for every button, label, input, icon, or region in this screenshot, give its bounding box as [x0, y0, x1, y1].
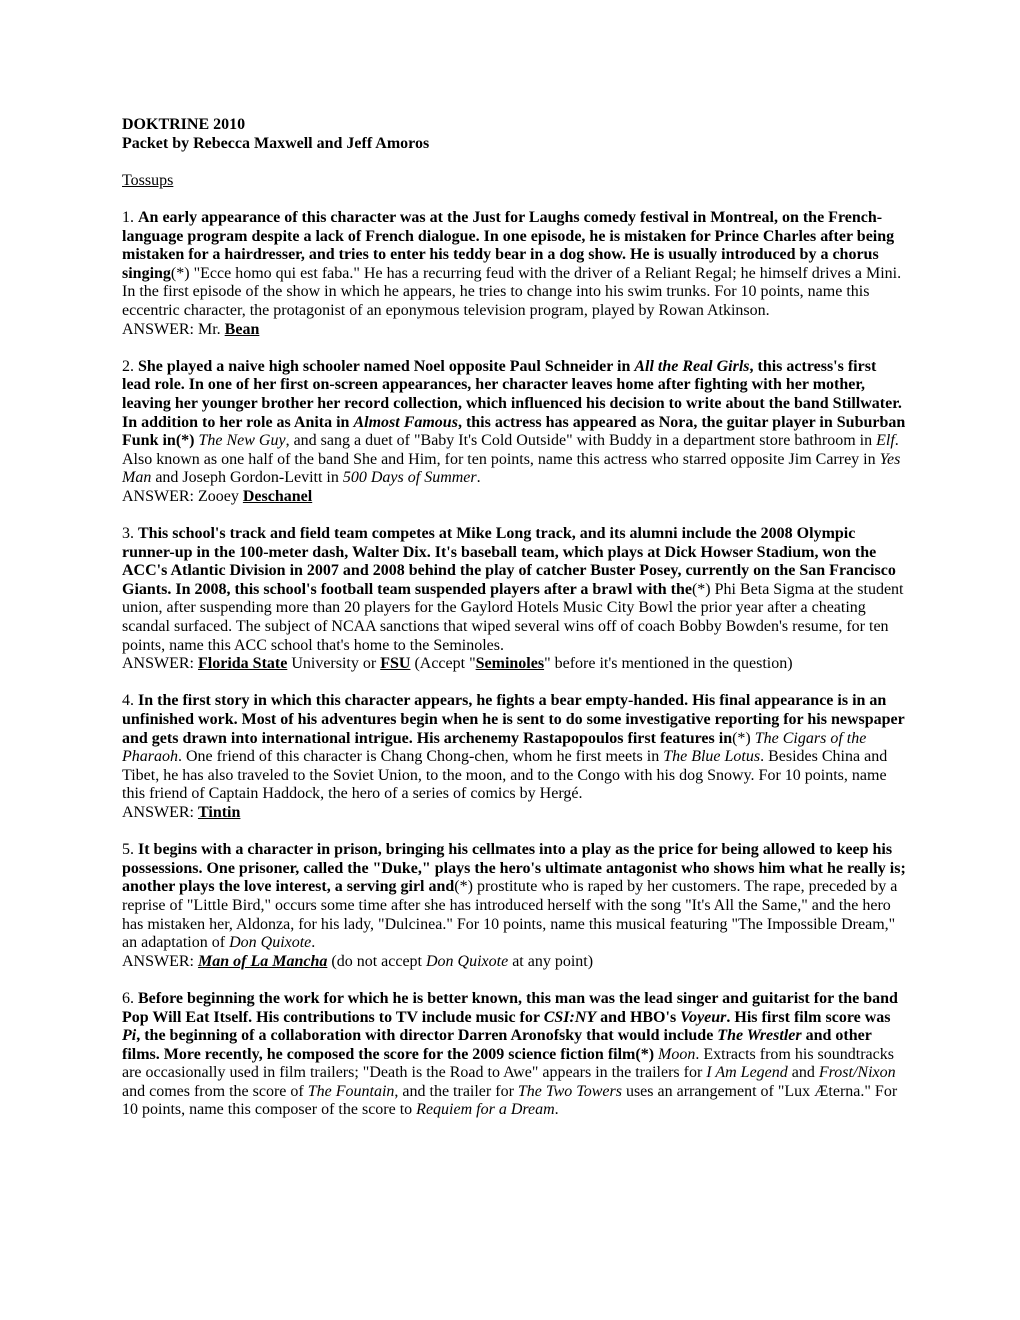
text-segment: . — [555, 1101, 559, 1118]
question-1: 1. An early appearance of this character… — [122, 209, 907, 339]
text-segment: , and sang a duet of "Baby It's Cold Out… — [286, 432, 877, 449]
answer-line-1: ANSWER: Mr. Bean — [122, 321, 259, 338]
text-segment: , the beginning of a collaboration with … — [136, 1027, 717, 1044]
text-segment: 2. — [122, 358, 138, 375]
text-segment: All the Real Girls — [634, 358, 749, 375]
text-segment: and Joseph Gordon-Levitt in — [151, 469, 343, 486]
text-segment: Man of La Mancha — [198, 953, 327, 970]
text-segment: Elf — [876, 432, 895, 449]
text-segment: (*) "Ecce homo qui est faba." He has a r… — [122, 265, 901, 319]
text-segment: . One friend of this character is Chang … — [178, 748, 663, 765]
answer-line-5: ANSWER: Man of La Mancha (do not accept … — [122, 953, 593, 970]
section-heading: Tossups — [122, 172, 907, 191]
text-segment: The Fountain — [308, 1083, 395, 1100]
question-4: 4. In the first story in which this char… — [122, 692, 907, 822]
text-segment: The New Guy — [198, 432, 285, 449]
text-segment: The Blue Lotus — [663, 748, 760, 765]
text-segment: 6. — [122, 990, 138, 1007]
text-segment: Requiem for a Dream — [416, 1101, 555, 1118]
question-2: 2. She played a naive high schooler name… — [122, 358, 907, 507]
text-segment: Florida State — [198, 655, 287, 672]
text-segment: (Accept " — [410, 655, 475, 672]
text-segment: ANSWER: — [122, 804, 198, 821]
text-segment: and — [788, 1064, 819, 1081]
text-segment: and comes from the score of — [122, 1083, 308, 1100]
text-segment: Deschanel — [243, 488, 312, 505]
answer-line-4: ANSWER: Tintin — [122, 804, 240, 821]
text-segment: at any point) — [508, 953, 593, 970]
text-segment: She played a naive high schooler named N… — [138, 358, 634, 375]
text-segment: CSI:NY — [544, 1009, 596, 1026]
document-header: DOKTRINE 2010 Packet by Rebecca Maxwell … — [122, 116, 907, 153]
text-segment: Bean — [225, 321, 260, 338]
text-segment: . His first film score was — [726, 1009, 890, 1026]
text-segment: . — [477, 469, 481, 486]
text-segment: Voyeur — [680, 1009, 726, 1026]
text-segment: 5. — [122, 841, 138, 858]
text-segment: ANSWER: Mr. — [122, 321, 225, 338]
text-segment: (*) — [732, 730, 755, 747]
text-segment: Pi — [122, 1027, 136, 1044]
text-segment: " before it's mentioned in the question) — [544, 655, 792, 672]
text-segment: and HBO's — [596, 1009, 680, 1026]
text-segment: 500 Days of Summer — [343, 469, 477, 486]
text-segment: The Two Towers — [518, 1083, 622, 1100]
section-heading-tossups: Tossups — [122, 172, 173, 189]
text-segment: 3. — [122, 525, 138, 542]
text-segment: , and the trailer for — [394, 1083, 518, 1100]
packet-byline: Packet by Rebecca Maxwell and Jeff Amoro… — [122, 135, 907, 154]
text-segment: Seminoles — [476, 655, 544, 672]
text-segment: Don Quixote — [229, 934, 311, 951]
text-segment: I Am Legend — [706, 1064, 787, 1081]
text-segment: The Wrestler — [717, 1027, 801, 1044]
questions-list: 1. An early appearance of this character… — [122, 209, 907, 1120]
packet-title: DOKTRINE 2010 — [122, 116, 907, 135]
question-5: 5. It begins with a character in prison,… — [122, 841, 907, 971]
text-segment: FSU — [380, 655, 410, 672]
answer-line-2: ANSWER: Zooey Deschanel — [122, 488, 312, 505]
text-segment: Moon — [658, 1046, 695, 1063]
text-segment: 1. — [122, 209, 138, 226]
question-3: 3. This school's track and field team co… — [122, 525, 907, 674]
text-segment: Don Quixote — [426, 953, 508, 970]
text-segment: ANSWER: — [122, 953, 198, 970]
text-segment: Tintin — [198, 804, 240, 821]
text-segment: 4. — [122, 692, 138, 709]
document-page: DOKTRINE 2010 Packet by Rebecca Maxwell … — [0, 0, 1020, 1320]
answer-line-3: ANSWER: Florida State University or FSU … — [122, 655, 793, 672]
text-segment: University or — [287, 655, 380, 672]
question-6: 6. Before beginning the work for which h… — [122, 990, 907, 1120]
text-segment: Almost Famous — [353, 414, 457, 431]
text-segment: (do not accept — [327, 953, 426, 970]
text-segment: Frost/Nixon — [819, 1064, 896, 1081]
text-segment: ANSWER: — [122, 655, 198, 672]
text-segment: . — [311, 934, 315, 951]
text-segment: ANSWER: Zooey — [122, 488, 243, 505]
